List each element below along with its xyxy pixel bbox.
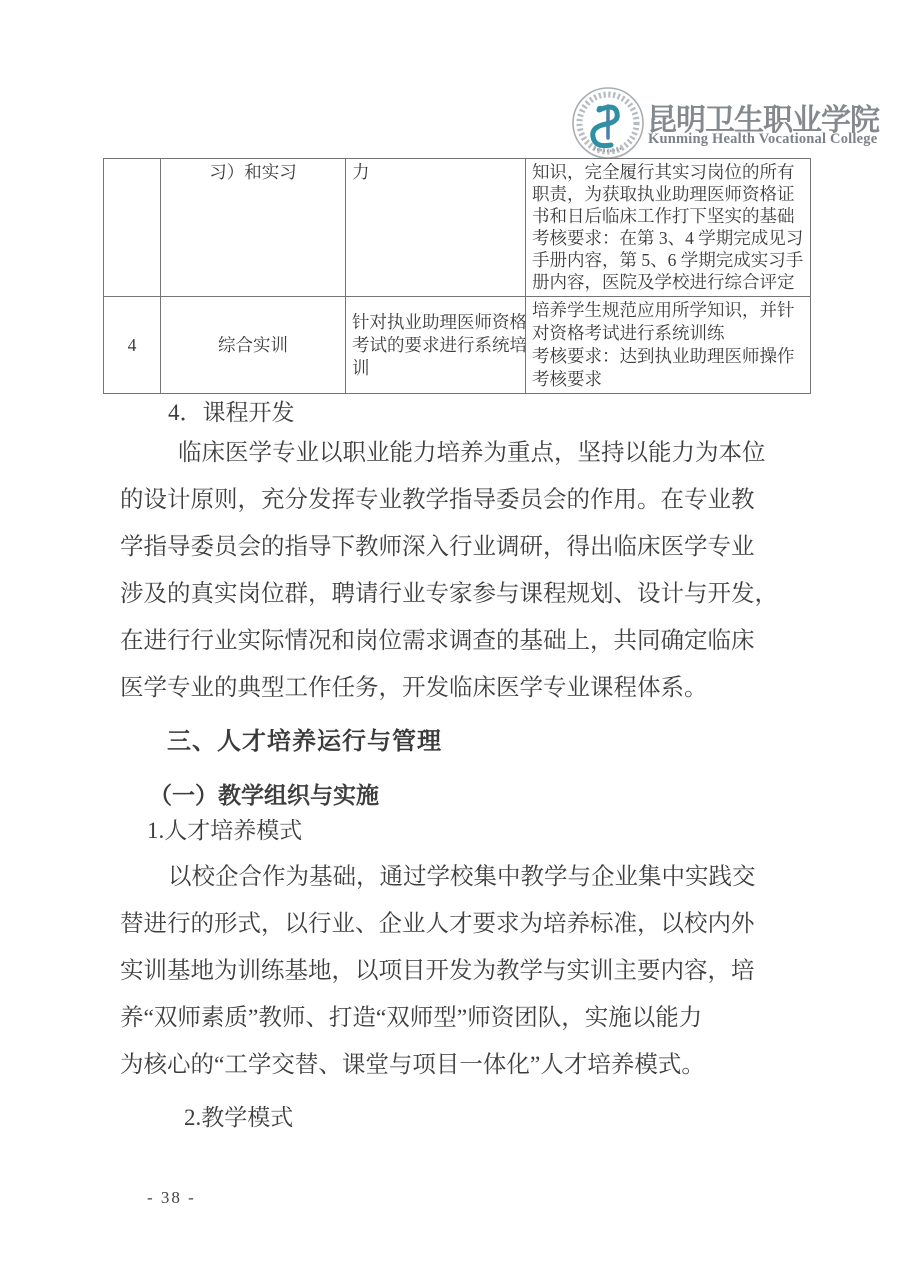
heading-item-2: 2.教学模式 [184,1099,293,1132]
cell-goal: 力 [346,159,526,297]
table-row: 习）和实习 力 知识，完全履行其实习岗位的所有 职责，为获取执业助理医师资格证 … [104,159,811,297]
cell-name: 综合实训 [161,297,346,394]
college-seal-icon [571,86,645,160]
heading-item-1: 1.人才培养模式 [147,812,302,845]
paragraph-course-development: 临床医学专业以职业能力培养为重点，坚持以能力为本位 的设计原则，充分发挥专业教学… [120,430,840,712]
cell-index [104,159,161,297]
cell-goal: 针对执业助理医师资格 考试的要求进行系统培 训 [346,297,526,394]
cell-detail: 知识，完全履行其实习岗位的所有 职责，为获取执业助理医师资格证 书和日后临床工作… [526,159,811,297]
table-row: 4 综合实训 针对执业助理医师资格 考试的要求进行系统培 训 培养学生规范应用所… [104,297,811,394]
heading-section-3: 三、人才培养运行与管理 [167,721,442,756]
cell-name: 习）和实习 [161,159,346,297]
curriculum-table: 习）和实习 力 知识，完全履行其实习岗位的所有 职责，为获取执业助理医师资格证 … [103,158,811,394]
cell-index: 4 [104,297,161,394]
heading-subsection-1: （一）教学组织与实施 [149,777,379,810]
page-number: - 38 - [147,1188,196,1208]
heading-course-development: 4．课程开发 [168,394,295,427]
document-page: 昆明卫生职业学院 Kunming Health Vocational Colle… [0,0,905,1280]
cell-detail: 培养学生规范应用所学知识，并针 对资格考试进行系统训练 考核要求：达到执业助理医… [526,297,811,394]
college-name-en: Kunming Health Vocational College [648,131,877,148]
paragraph-talent-model: 以校企合作为基础，通过学校集中教学与企业集中实践交 替进行的形式，以行业、企业人… [120,854,840,1089]
